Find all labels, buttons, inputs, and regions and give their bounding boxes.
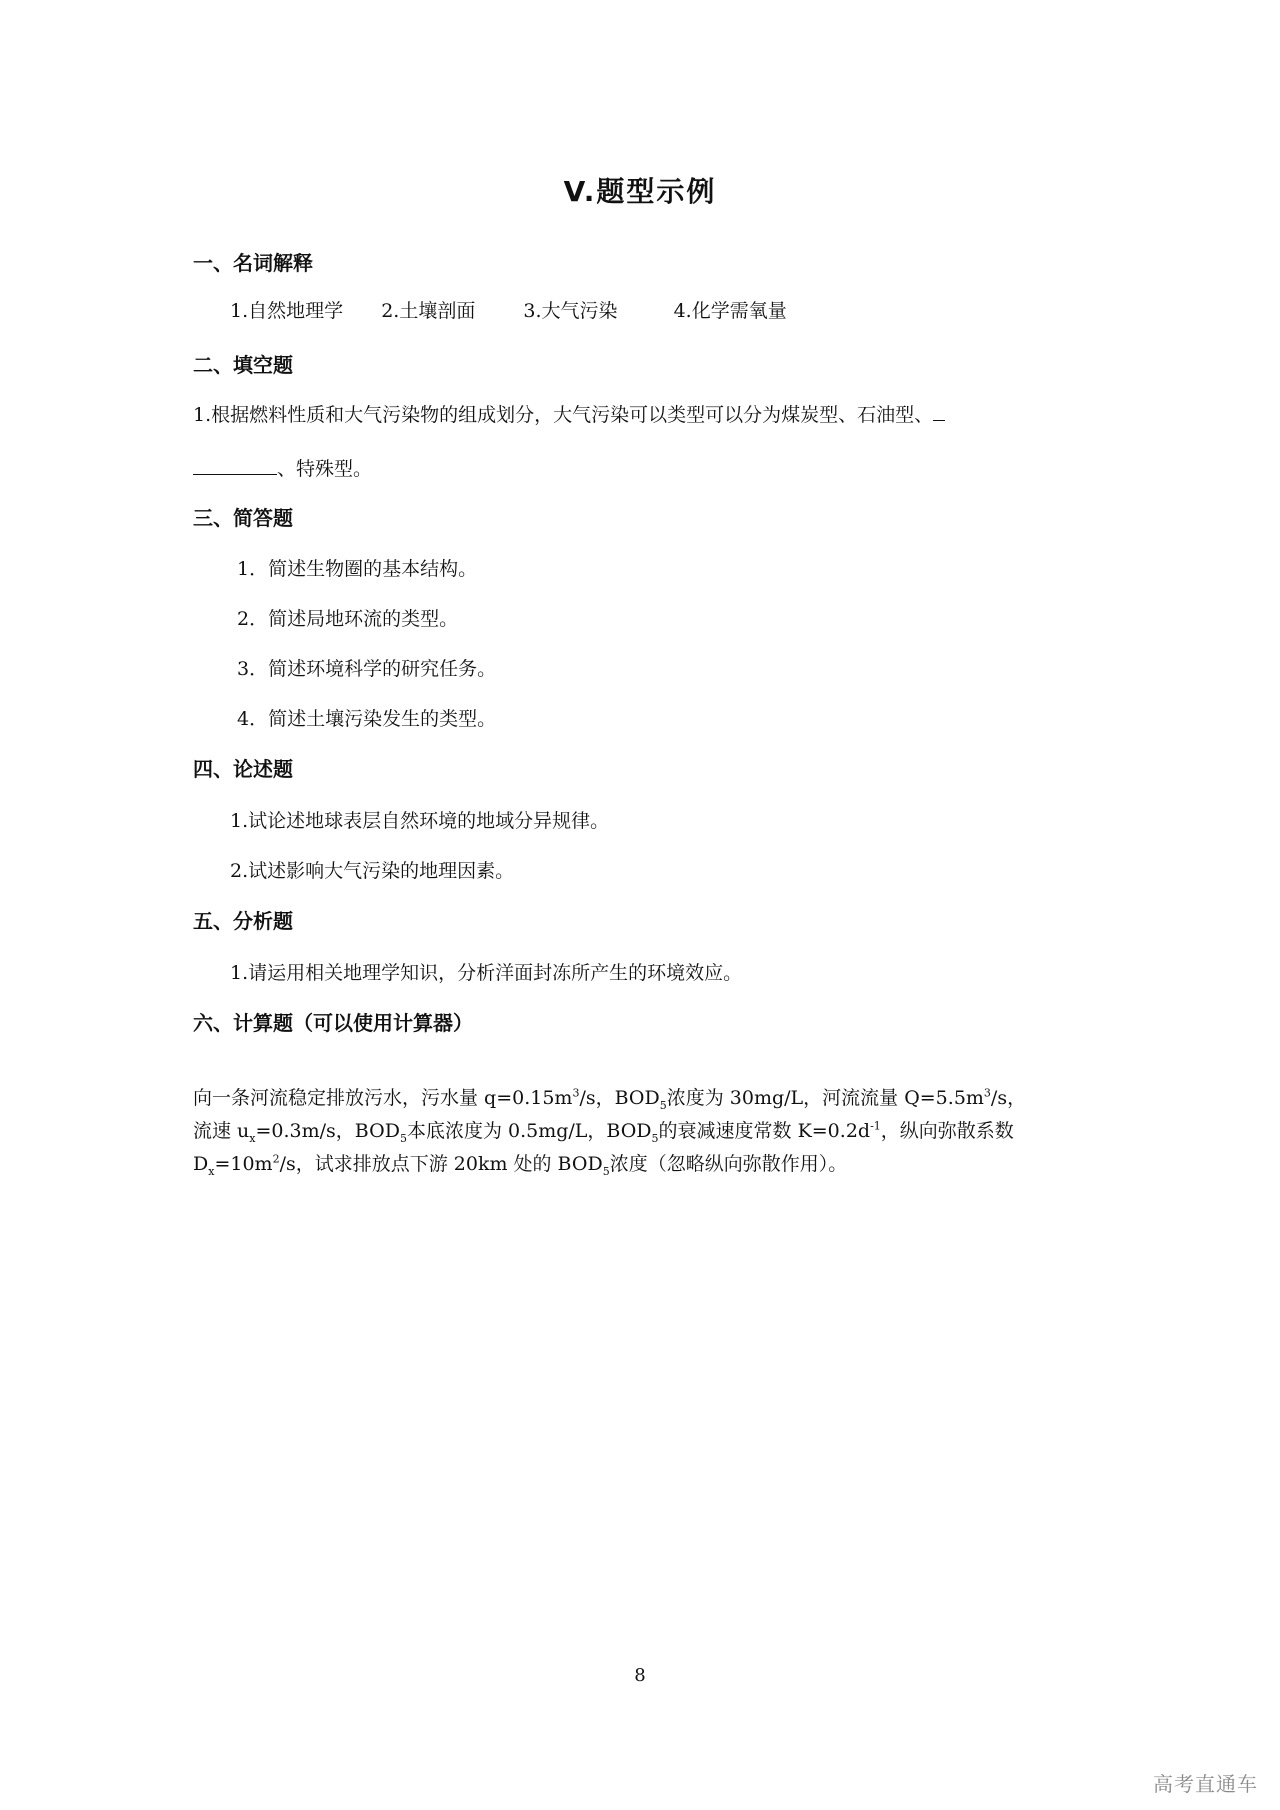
question-text: 、特殊型。 <box>277 458 372 480</box>
subscript: 5 <box>603 1165 610 1178</box>
problem-text: 向一条河流稳定排放污水，污水量 q=0.15m <box>193 1087 572 1109</box>
short-answer-item: 2．简述局地环流的类型。 <box>237 606 458 632</box>
problem-text: /s，试求排放点下游 20km 处的 BOD <box>280 1153 603 1175</box>
subscript: 5 <box>660 1099 667 1112</box>
calculation-problem-line3: Dx=10m2/s，试求排放点下游 20km 处的 BOD5浓度（忽略纵向弥散作… <box>193 1151 847 1177</box>
section-heading-short-answer: 三、简答题 <box>193 505 293 531</box>
calculation-problem-line2: 流速 ux=0.3m/s，BOD5本底浓度为 0.5mg/L，BOD5的衰减速度… <box>193 1118 1014 1144</box>
problem-text: /s， <box>991 1087 1026 1109</box>
problem-text: ，纵向弥散系数 <box>881 1120 1014 1142</box>
term-item: 1.自然地理学 <box>230 298 343 324</box>
section-heading-fill-blank: 二、填空题 <box>193 352 293 378</box>
problem-text: 流速 u <box>193 1120 249 1142</box>
term-item: 4.化学需氧量 <box>674 298 787 324</box>
superscript: 3 <box>984 1087 991 1100</box>
calculation-problem-line1: 向一条河流稳定排放污水，污水量 q=0.15m3/s，BOD5浓度为 30mg/… <box>193 1085 1026 1111</box>
answer-blank-start <box>933 402 945 421</box>
question-text: 1.根据燃料性质和大气污染物的组成划分，大气污染可以类型可以分为煤炭型、石油型、 <box>193 404 933 426</box>
subscript: 5 <box>652 1132 659 1145</box>
subscript: 5 <box>400 1132 407 1145</box>
fill-blank-question-line1: 1.根据燃料性质和大气污染物的组成划分，大气污染可以类型可以分为煤炭型、石油型、 <box>193 402 945 428</box>
problem-text: 浓度为 30mg/L，河流流量 Q=5.5m <box>667 1087 984 1109</box>
superscript: 2 <box>273 1153 280 1166</box>
short-answer-item: 4．简述土壤污染发生的类型。 <box>237 706 496 732</box>
fill-blank-question-line2: 、特殊型。 <box>193 456 372 482</box>
answer-blank <box>193 456 277 475</box>
page-number: 8 <box>0 1665 1280 1686</box>
problem-text: 本底浓度为 0.5mg/L，BOD <box>407 1120 652 1142</box>
term-item: 2.土壤剖面 <box>381 298 475 324</box>
short-answer-item: 3．简述环境科学的研究任务。 <box>237 656 496 682</box>
term-item: 3.大气污染 <box>523 298 617 324</box>
superscript: -1 <box>870 1120 881 1133</box>
section-heading-calculation: 六、计算题（可以使用计算器） <box>193 1010 473 1036</box>
watermark: 高考直通车 <box>1153 1768 1258 1797</box>
problem-text: =10m <box>214 1153 272 1175</box>
definition-terms-list: 1.自然地理学 2.土壤剖面 3.大气污染 4.化学需氧量 <box>230 298 819 324</box>
essay-item: 2.试述影响大气污染的地理因素。 <box>230 858 514 884</box>
problem-text: =0.3m/s，BOD <box>256 1120 400 1142</box>
section-heading-essay: 四、论述题 <box>193 756 293 782</box>
section-heading-analysis: 五、分析题 <box>193 908 293 934</box>
page-title: V.题型示例 <box>0 170 1280 210</box>
problem-text: 的衰减速度常数 K=0.2d <box>659 1120 871 1142</box>
section-heading-definitions: 一、名词解释 <box>193 250 313 276</box>
analysis-item: 1.请运用相关地理学知识，分析洋面封冻所产生的环境效应。 <box>230 960 742 986</box>
short-answer-item: 1．简述生物圈的基本结构。 <box>237 556 477 582</box>
essay-item: 1.试论述地球表层自然环境的地域分异规律。 <box>230 808 609 834</box>
problem-text: 浓度（忽略纵向弥散作用）。 <box>610 1153 848 1175</box>
problem-text: /s，BOD <box>579 1087 659 1109</box>
problem-text: D <box>193 1153 208 1175</box>
